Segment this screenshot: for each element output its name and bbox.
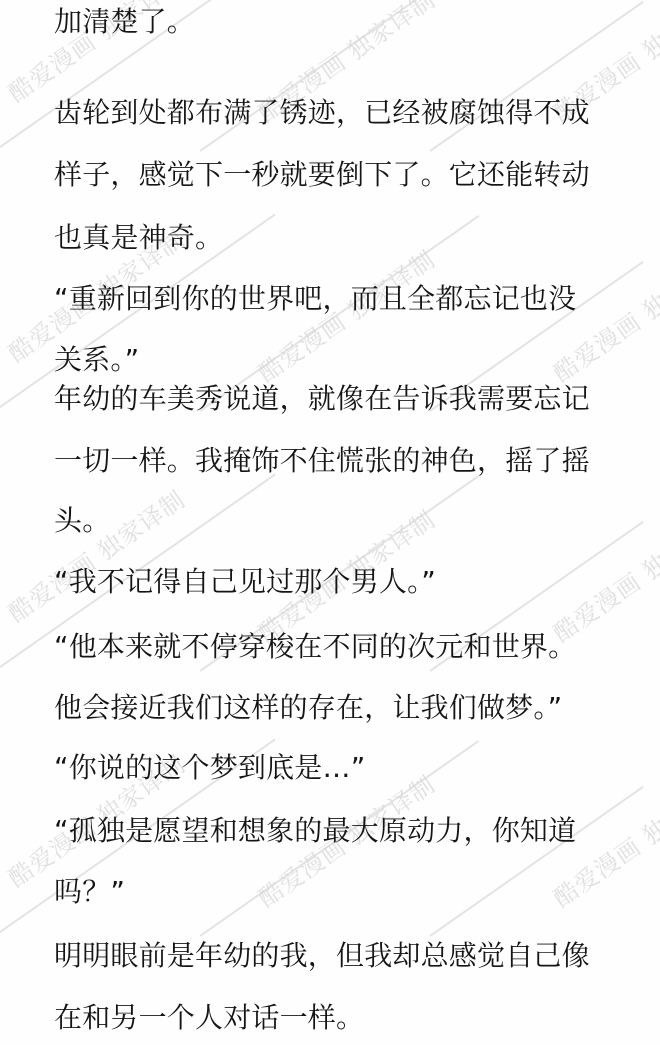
text-line: 一切一样。我掩饰不住慌张的神色，摇了摇 xyxy=(54,444,590,478)
text-line: 关系。” xyxy=(54,343,139,377)
text-line: “他本来就不停穿梭在不同的次元和世界。 xyxy=(54,630,576,664)
watermark-text: 酷爱漫画 独家译制 xyxy=(545,500,660,648)
text-line: 头。 xyxy=(54,504,110,538)
watermark-line xyxy=(430,786,644,936)
text-line: “孤独是愿望和想象的最大原动力，你知道 xyxy=(54,814,576,848)
text-line: 样子，感觉下一秒就要倒下了。它还能转动 xyxy=(54,158,590,192)
text-line: 齿轮到处都布满了锈迹，已经被腐蚀得不成 xyxy=(54,96,590,130)
text-line: 吗？” xyxy=(54,875,125,909)
watermark-text: 酷爱漫画 独家译制 xyxy=(0,480,191,628)
text-line: 在和另一个人对话一样。 xyxy=(54,1001,364,1035)
text-line: 加清楚了。 xyxy=(54,5,195,39)
text-line: “你说的这个梦到底是…” xyxy=(54,751,365,785)
text-line: “我不记得自己见过那个男人。” xyxy=(54,565,436,599)
text-line: 年幼的车美秀说道，就像在告诉我需要忘记 xyxy=(54,382,590,416)
text-line: 明明眼前是年幼的我，但我却总感觉自己像 xyxy=(54,939,590,973)
text-line: 也真是神奇。 xyxy=(54,221,223,255)
text-line: 他会接近我们这样的存在，让我们做梦。” xyxy=(54,691,562,725)
document-page: 酷爱漫画 独家译制 酷爱漫画 独家译制 酷爱漫画 独家译制 酷爱漫画 独家译制 … xyxy=(0,0,660,1045)
text-line: “重新回到你的世界吧，而且全都忘记也没 xyxy=(54,282,576,316)
